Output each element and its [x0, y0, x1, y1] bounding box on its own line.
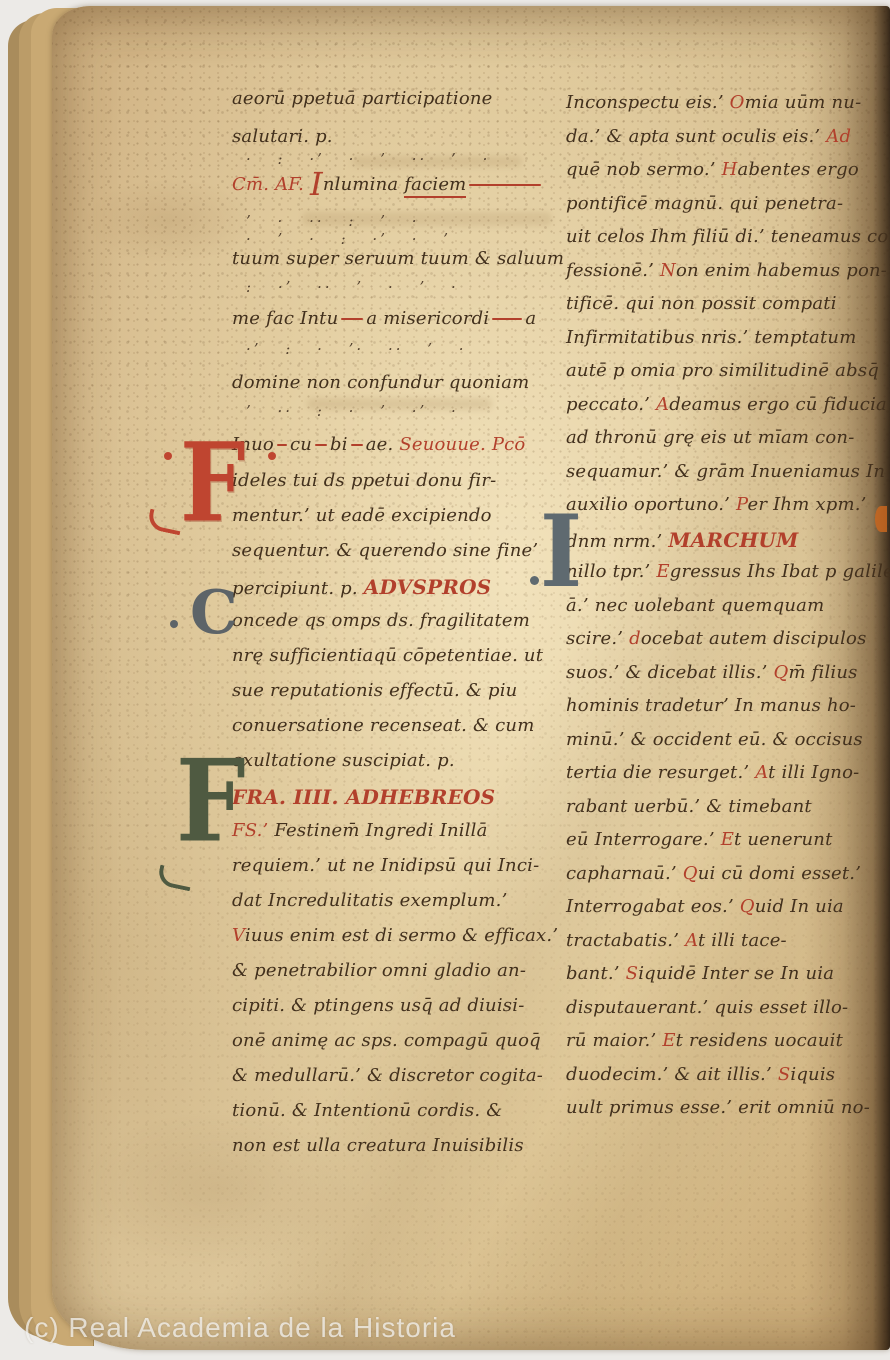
manuscript-line: uult primus esse.’ erit omniū no- — [566, 1097, 882, 1131]
manuscript-line: bant.’ Siquidē Inter se In uia — [566, 963, 882, 997]
initial-ornament-dot — [268, 452, 276, 460]
red-filler-line — [341, 318, 363, 321]
manuscript-line: aeorū ppetuā participatione — [232, 88, 564, 126]
red-filler-line — [351, 444, 363, 447]
manuscript-line: Cm̄. AF. Inlumina faciem — [232, 174, 564, 212]
body-text: t uenerunt — [734, 829, 832, 850]
body-text: onē animę ac sps. compagū quoq̄ — [232, 1030, 541, 1051]
rubric-text: H — [722, 159, 738, 180]
body-text: sequentur. & querendo sine fine’ — [232, 540, 538, 561]
rubric-text: P — [736, 494, 748, 515]
red-filler-line — [315, 444, 327, 447]
rubric-text: E — [662, 1030, 675, 1051]
body-text: domine non confundur quoniam — [232, 372, 529, 393]
body-text: deamus ergo cū fiducia — [669, 394, 887, 415]
body-text: Inconspectu eis.’ — [566, 92, 730, 113]
body-text: rabant uerbū.’ & timebant — [566, 796, 812, 817]
body-text: cu — [290, 434, 312, 455]
body-text: tuum super seruum tuum & saluum — [232, 248, 564, 269]
body-text: auxilio oportuno.’ — [566, 494, 736, 515]
right-text-column: Inconspectu eis.’ Omia uūm nu-da.’ & apt… — [566, 92, 882, 1131]
body-text: tractabatis.’ — [566, 930, 685, 951]
body-text: Interrogabat eos.’ — [566, 896, 740, 917]
manuscript-line: mentur.’ ut eadē excipiendo — [232, 505, 564, 540]
manuscript-line: dat Incredulitatis exemplum.’ — [232, 890, 564, 925]
neume-row: · ’ · : ·’ · ’ — [232, 230, 564, 248]
manuscript-line: tionū. & Intentionū cordis. & — [232, 1100, 564, 1135]
body-text: t illi tace- — [698, 930, 787, 951]
manuscript-line: capharnaū.’ Qui cū domi esset.’ — [566, 863, 882, 897]
body-text: tificē. qui non possit compati — [566, 293, 837, 314]
rubric-text: A — [755, 762, 768, 783]
body-text: tertia die resurget.’ — [566, 762, 755, 783]
manuscript-line: pontificē magnū. qui penetra- — [566, 193, 882, 227]
manuscript-line: FRA. IIII. ADHEBREOS — [232, 785, 564, 820]
initial-ornament-dot — [530, 576, 539, 585]
manuscript-line: duodecim.’ & ait illis.’ Siquis — [566, 1064, 882, 1098]
red-filler-line — [277, 444, 287, 447]
manuscript-line: dnm nrm.’ MARCHUM — [566, 528, 882, 562]
manuscript-line: tractabatis.’ At illi tace- — [566, 930, 882, 964]
body-text: uit celos Ihm filiū di.’ teneamus con- — [566, 226, 890, 247]
body-text: abentes ergo — [738, 159, 859, 180]
manuscript-line: ideles tui ds ppetui donu fir- — [232, 470, 564, 505]
manuscript-line: da.’ & apta sunt oculis eis.’ Ad — [566, 126, 882, 160]
body-text: oncede qs omps ds. fragilitatem — [232, 610, 530, 631]
body-text: non est ulla creatura Inuisibilis — [232, 1135, 524, 1156]
initial-ornament-dot — [170, 620, 178, 628]
manuscript-line: Inconspectu eis.’ Omia uūm nu- — [566, 92, 882, 126]
body-text: iuus enim est di sermo & efficax.’ — [245, 925, 558, 946]
initial-i-slate-inillo: I — [540, 510, 582, 594]
manuscript-line: nillo tpr.’ Egressus Ihs Ibat p galile- — [566, 561, 882, 595]
body-text: pontificē magnū. qui penetra- — [566, 193, 843, 214]
body-text: sequamur.’ & grām Inueniamus In — [566, 461, 885, 482]
body-text: capharnaū.’ — [566, 863, 683, 884]
body-text: nrę sufficientiaqū cōpetentiae. ut — [232, 645, 543, 666]
rubric-text: ADVSPROS — [364, 575, 492, 599]
manuscript-line: Inuocubiae. Seuouue. Pcō — [232, 434, 564, 470]
body-text: Infirmitatibus nris.’ temptatum — [566, 327, 856, 348]
body-text: percipiunt. p. — [232, 578, 364, 599]
initial-f-green-festinemus: F — [176, 753, 246, 850]
body-text: conuersatione recenseat. & cum — [232, 715, 535, 736]
manuscript-line: rabant uerbū.’ & timebant — [566, 796, 882, 830]
manuscript-line: auxilio oportuno.’ Per Ihm xpm.’ — [566, 494, 882, 528]
body-text: scire.’ — [566, 628, 629, 649]
rubric-text: Q — [683, 863, 698, 884]
body-text: a — [525, 308, 536, 329]
body-text: mentur.’ ut eadē excipiendo — [232, 505, 492, 526]
rubric-text: V — [232, 925, 245, 946]
body-text: ad thronū grę eis ut mīam con- — [566, 427, 855, 448]
manuscript-line: sequentur. & querendo sine fine’ — [232, 540, 564, 575]
body-text: autē p omia pro similitudinē absq̄ — [566, 360, 879, 381]
manuscript-line: peccato.’ Adeamus ergo cū fiducia — [566, 394, 882, 428]
rubric-text: Ad — [826, 126, 851, 147]
manuscript-line: me fac Intua misericordia — [232, 308, 564, 340]
manuscript-line: requiem.’ ut ne Inidipsū qui Inci- — [232, 855, 564, 890]
body-text: exultatione suscipiat. p. — [232, 750, 455, 771]
manuscript-line: Infirmitatibus nris.’ temptatum — [566, 327, 882, 361]
manuscript-line: cipiti. & ptingens usq̄ ad diuisi- — [232, 995, 564, 1030]
manuscript-line: ad thronū grę eis ut mīam con- — [566, 427, 882, 461]
rubric-text: FRA. IIII. ADHEBREOS — [232, 785, 495, 809]
initial-ornament-dot — [164, 452, 172, 460]
body-text: duodecim.’ & ait illis.’ — [566, 1064, 778, 1085]
body-text: rū maior.’ — [566, 1030, 662, 1051]
body-text: ae. — [366, 434, 400, 455]
copyright-watermark: (c) Real Academia de la Historia — [24, 1312, 456, 1344]
manuscript-line: salutari. p. — [232, 126, 564, 150]
body-text: iquis — [790, 1064, 835, 1085]
body-text: t illi Igno- — [768, 762, 859, 783]
neume-row: ’ · ·· : ’ · — [232, 212, 564, 230]
manuscript-line: tuum super seruum tuum & saluum — [232, 248, 564, 278]
body-text: nlumina — [323, 174, 404, 195]
rubric-text: N — [660, 260, 676, 281]
body-text: minū.’ & occident eū. & occisus — [566, 729, 863, 750]
manuscript-line: minū.’ & occident eū. & occisus — [566, 729, 882, 763]
manuscript-line: oncede qs omps ds. fragilitatem — [232, 610, 564, 645]
manuscript-line: domine non confundur quoniam — [232, 372, 564, 402]
body-text: I — [310, 165, 323, 203]
body-text: & medullarū.’ & discretor cogita- — [232, 1065, 543, 1086]
body-text: a misericordi — [366, 308, 489, 329]
manuscript-line: suos.’ & dicebat illis.’ Qm̄ filius — [566, 662, 882, 696]
manuscript-line: ā.’ nec uolebant quemquam — [566, 595, 882, 629]
body-text: ocebat autem discipulos — [641, 628, 867, 649]
manuscript-line: & medullarū.’ & discretor cogita- — [232, 1065, 564, 1100]
manuscript-line: autē p omia pro similitudinē absq̄ — [566, 360, 882, 394]
rubric-text: MARCHUM — [668, 528, 798, 552]
body-text: t residens uocauit — [676, 1030, 843, 1051]
rubric-text: Cm̄. AF. — [232, 174, 310, 195]
rubric-text: E — [721, 829, 734, 850]
body-text: ā.’ nec uolebant quemquam — [566, 595, 824, 616]
body-text: dat Incredulitatis exemplum.’ — [232, 890, 508, 911]
body-text: & penetrabilior omni gladio an- — [232, 960, 526, 981]
body-text: suos.’ & dicebat illis.’ — [566, 662, 773, 683]
body-text: da.’ & apta sunt oculis eis.’ — [566, 126, 826, 147]
body-text: faciem — [404, 174, 466, 198]
body-text: gressus Ihs Ibat p galile- — [670, 561, 890, 582]
body-text: ui cū domi esset.’ — [698, 863, 861, 884]
manuscript-line: sue reputationis effectū. & piu — [232, 680, 564, 715]
body-text: peccato.’ — [566, 394, 656, 415]
neume-row: ·’ : · ’· ·· ’ · — [232, 340, 564, 372]
rubric-text: Q — [773, 662, 788, 683]
manuscript-line: & penetrabilior omni gladio an- — [232, 960, 564, 995]
body-text: er Ihm xpm.’ — [748, 494, 867, 515]
manuscript-line: Interrogabat eos.’ Quid In uia — [566, 896, 882, 930]
rubric-text: O — [730, 92, 745, 113]
manuscript-line: scire.’ docebat autem discipulos — [566, 628, 882, 662]
manuscript-line: exultatione suscipiat. p. — [232, 750, 564, 785]
manuscript-line: uit celos Ihm filiū di.’ teneamus con- — [566, 226, 882, 260]
manuscript-line: percipiunt. p. ADVSPROS — [232, 575, 564, 610]
manuscript-line: quē nob sermo.’ Habentes ergo — [566, 159, 882, 193]
body-text: cipiti. & ptingens usq̄ ad diuisi- — [232, 995, 524, 1016]
manuscript-line: hominis tradetur’ In manus ho- — [566, 695, 882, 729]
body-text: disputauerant.’ quis esset illo- — [566, 997, 848, 1018]
body-text: uid In uia — [755, 896, 844, 917]
manuscript-line: conuersatione recenseat. & cum — [232, 715, 564, 750]
rubric-text: Seuouue. Pcō — [399, 434, 525, 455]
neume-row: · : ·’ · ’ ·· ’ · — [232, 150, 564, 174]
manuscript-line: fessionē.’ Non enim habemus pon- — [566, 260, 882, 294]
body-text: me fac Intu — [232, 308, 338, 329]
body-text: quē nob sermo.’ — [566, 159, 722, 180]
left-text-column: aeorū ppetuā participationesalutari. p.·… — [232, 88, 564, 1170]
red-filler-line — [469, 184, 541, 187]
rubric-text: S — [778, 1064, 791, 1085]
neume-row: : ·’ ·· ’ · ’ · — [232, 278, 564, 308]
body-text: on enim habemus pon- — [676, 260, 887, 281]
body-text: bi — [330, 434, 348, 455]
body-text: fessionē.’ — [566, 260, 660, 281]
body-text: iquidē Inter se In uia — [638, 963, 834, 984]
body-text: Festinem̄ Ingredi Inillā — [274, 820, 487, 841]
manuscript-line: disputauerant.’ quis esset illo- — [566, 997, 882, 1031]
body-text: sue reputationis effectū. & piu — [232, 680, 517, 701]
body-text: ideles tui ds ppetui donu fir- — [232, 470, 496, 491]
rubric-text: A — [685, 930, 698, 951]
rubric-text: d — [629, 628, 641, 649]
neume-row: ’ ·· : · ’ ·’ · — [232, 402, 564, 434]
body-text: bant.’ — [566, 963, 626, 984]
initial-c-slate-concede: C — [190, 588, 238, 639]
body-text: mia uūm nu- — [745, 92, 862, 113]
body-text: aeorū ppetuā participatione — [232, 88, 493, 109]
manuscript-line: rū maior.’ Et residens uocauit — [566, 1030, 882, 1064]
manuscript-line: Viuus enim est di sermo & efficax.’ — [232, 925, 564, 960]
initial-f-red-fideles: F — [180, 437, 245, 529]
manuscript-line: onē animę ac sps. compagū quoq̄ — [232, 1030, 564, 1065]
manuscript-line: tificē. qui non possit compati — [566, 293, 882, 327]
rubric-text: S — [626, 963, 639, 984]
body-text: hominis tradetur’ In manus ho- — [566, 695, 856, 716]
body-text: m̄ filius — [788, 662, 857, 683]
body-text: tionū. & Intentionū cordis. & — [232, 1100, 502, 1121]
manuscript-photo: { "watermark": "(c) Real Academia de la … — [0, 0, 890, 1360]
body-text: eū Interrogare.’ — [566, 829, 721, 850]
body-text: uult primus esse.’ erit omniū no- — [566, 1097, 870, 1118]
manuscript-line: tertia die resurget.’ At illi Igno- — [566, 762, 882, 796]
rubric-text: Q — [740, 896, 755, 917]
body-text: salutari. p. — [232, 126, 333, 147]
rubric-text: A — [656, 394, 669, 415]
manuscript-line: eū Interrogare.’ Et uenerunt — [566, 829, 882, 863]
manuscript-line: non est ulla creatura Inuisibilis — [232, 1135, 564, 1170]
body-text: requiem.’ ut ne Inidipsū qui Inci- — [232, 855, 539, 876]
manuscript-line: sequamur.’ & grām Inueniamus In — [566, 461, 882, 495]
rubric-text: E — [656, 561, 669, 582]
manuscript-line: FS.’ Festinem̄ Ingredi Inillā — [232, 820, 564, 855]
manuscript-line: nrę sufficientiaqū cōpetentiae. ut — [232, 645, 564, 680]
red-filler-line — [492, 318, 522, 321]
